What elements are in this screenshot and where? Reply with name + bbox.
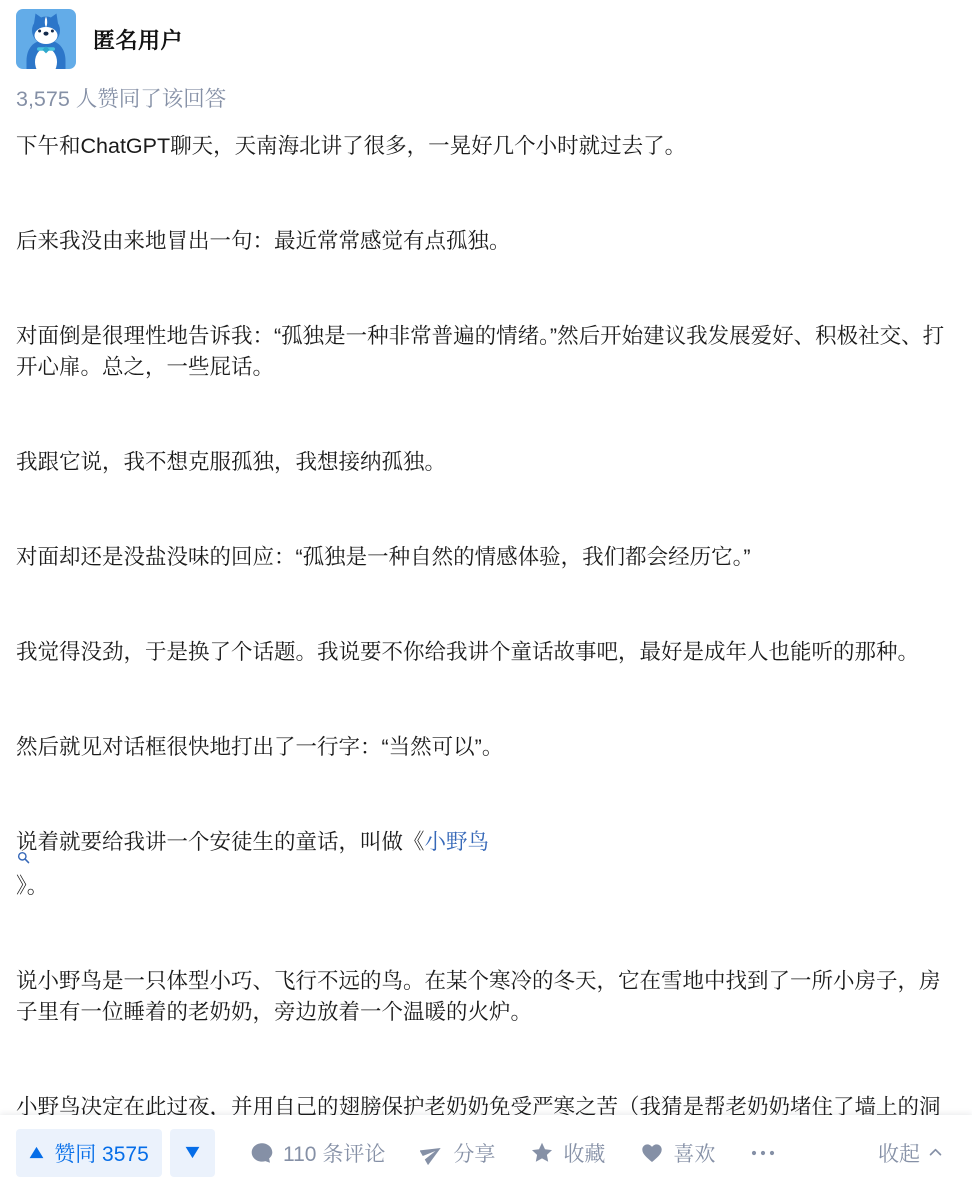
paragraph-with-link: 说着就要给我讲一个安徒生的童话，叫做《小野鸟》。 — [16, 827, 956, 902]
collapse-button[interactable]: 收起 — [878, 1138, 944, 1168]
favorite-label: 收藏 — [563, 1138, 605, 1168]
more-options-icon — [750, 1141, 776, 1165]
favorite-button[interactable]: 收藏 — [530, 1138, 605, 1168]
answer-body: 下午和ChatGPT聊天，天南海北讲了很多，一晃好几个小时就过去了。 后来我没由… — [16, 131, 956, 1154]
upvote-summary: 3,575 人赞同了该回答 — [16, 84, 956, 115]
star-icon — [530, 1141, 554, 1165]
comments-label: 110 条评论 — [283, 1138, 385, 1168]
paragraph: 下午和ChatGPT聊天，天南海北讲了很多，一晃好几个小时就过去了。 — [16, 131, 956, 162]
comment-bubble-icon — [250, 1141, 274, 1165]
chevron-up-icon — [927, 1144, 944, 1161]
upvote-button[interactable]: 赞同 3575 — [16, 1129, 162, 1177]
paragraph: 然后就见对话框很快地打出了一行字：“当然可以”。 — [16, 732, 956, 763]
search-link-text: 小野鸟 — [425, 830, 490, 854]
paragraph: 我跟它说，我不想克服孤独，我想接纳孤独。 — [16, 447, 956, 478]
share-label: 分享 — [453, 1138, 495, 1168]
paragraph-text: 》。 — [16, 874, 48, 898]
paragraph-text: 说着就要给我讲一个安徒生的童话，叫做《 — [16, 830, 425, 854]
paragraph: 说小野鸟是一只体型小巧、飞行不远的鸟。在某个寒冷的冬天，它在雪地中找到了一所小房… — [16, 966, 956, 1028]
paragraph: 对面却还是没盐没味的回应：“孤独是一种自然的情感体验，我们都会经历它。” — [16, 542, 956, 573]
triangle-down-icon — [185, 1146, 200, 1159]
answer-header: 匿名用户 — [0, 0, 972, 69]
triangle-up-icon — [29, 1146, 44, 1159]
author-row: 匿名用户 — [16, 9, 956, 69]
paragraph: 后来我没由来地冒出一句：最近常常感觉有点孤独。 — [16, 226, 956, 257]
paper-plane-icon — [420, 1141, 444, 1165]
author-name: 匿名用户 — [93, 24, 183, 55]
paragraph: 我觉得没劲，于是换了个话题。我说要不你给我讲个童话故事吧，最好是成年人也能听的那… — [16, 637, 956, 668]
search-icon — [17, 851, 30, 864]
more-options-button[interactable] — [750, 1141, 776, 1165]
like-label: 喜欢 — [673, 1138, 715, 1168]
comments-button[interactable]: 110 条评论 — [250, 1138, 385, 1168]
like-button[interactable]: 喜欢 — [640, 1138, 715, 1168]
anonymous-dog-icon — [16, 9, 76, 69]
answer-card: 匿名用户 3,575 人赞同了该回答 下午和ChatGPT聊天，天南海北讲了很多… — [0, 0, 972, 1190]
share-button[interactable]: 分享 — [420, 1138, 495, 1168]
collapse-label: 收起 — [878, 1138, 920, 1168]
upvote-label: 赞同 3575 — [54, 1138, 149, 1168]
anonymous-avatar — [16, 9, 76, 69]
downvote-button[interactable] — [170, 1129, 215, 1177]
action-bar: 赞同 3575 110 条评论 分享 收藏 — [0, 1115, 972, 1190]
heart-icon — [640, 1141, 664, 1165]
paragraph: 对面倒是很理性地告诉我：“孤独是一种非常普遍的情绪。”然后开始建议我发展爱好、积… — [16, 321, 956, 383]
